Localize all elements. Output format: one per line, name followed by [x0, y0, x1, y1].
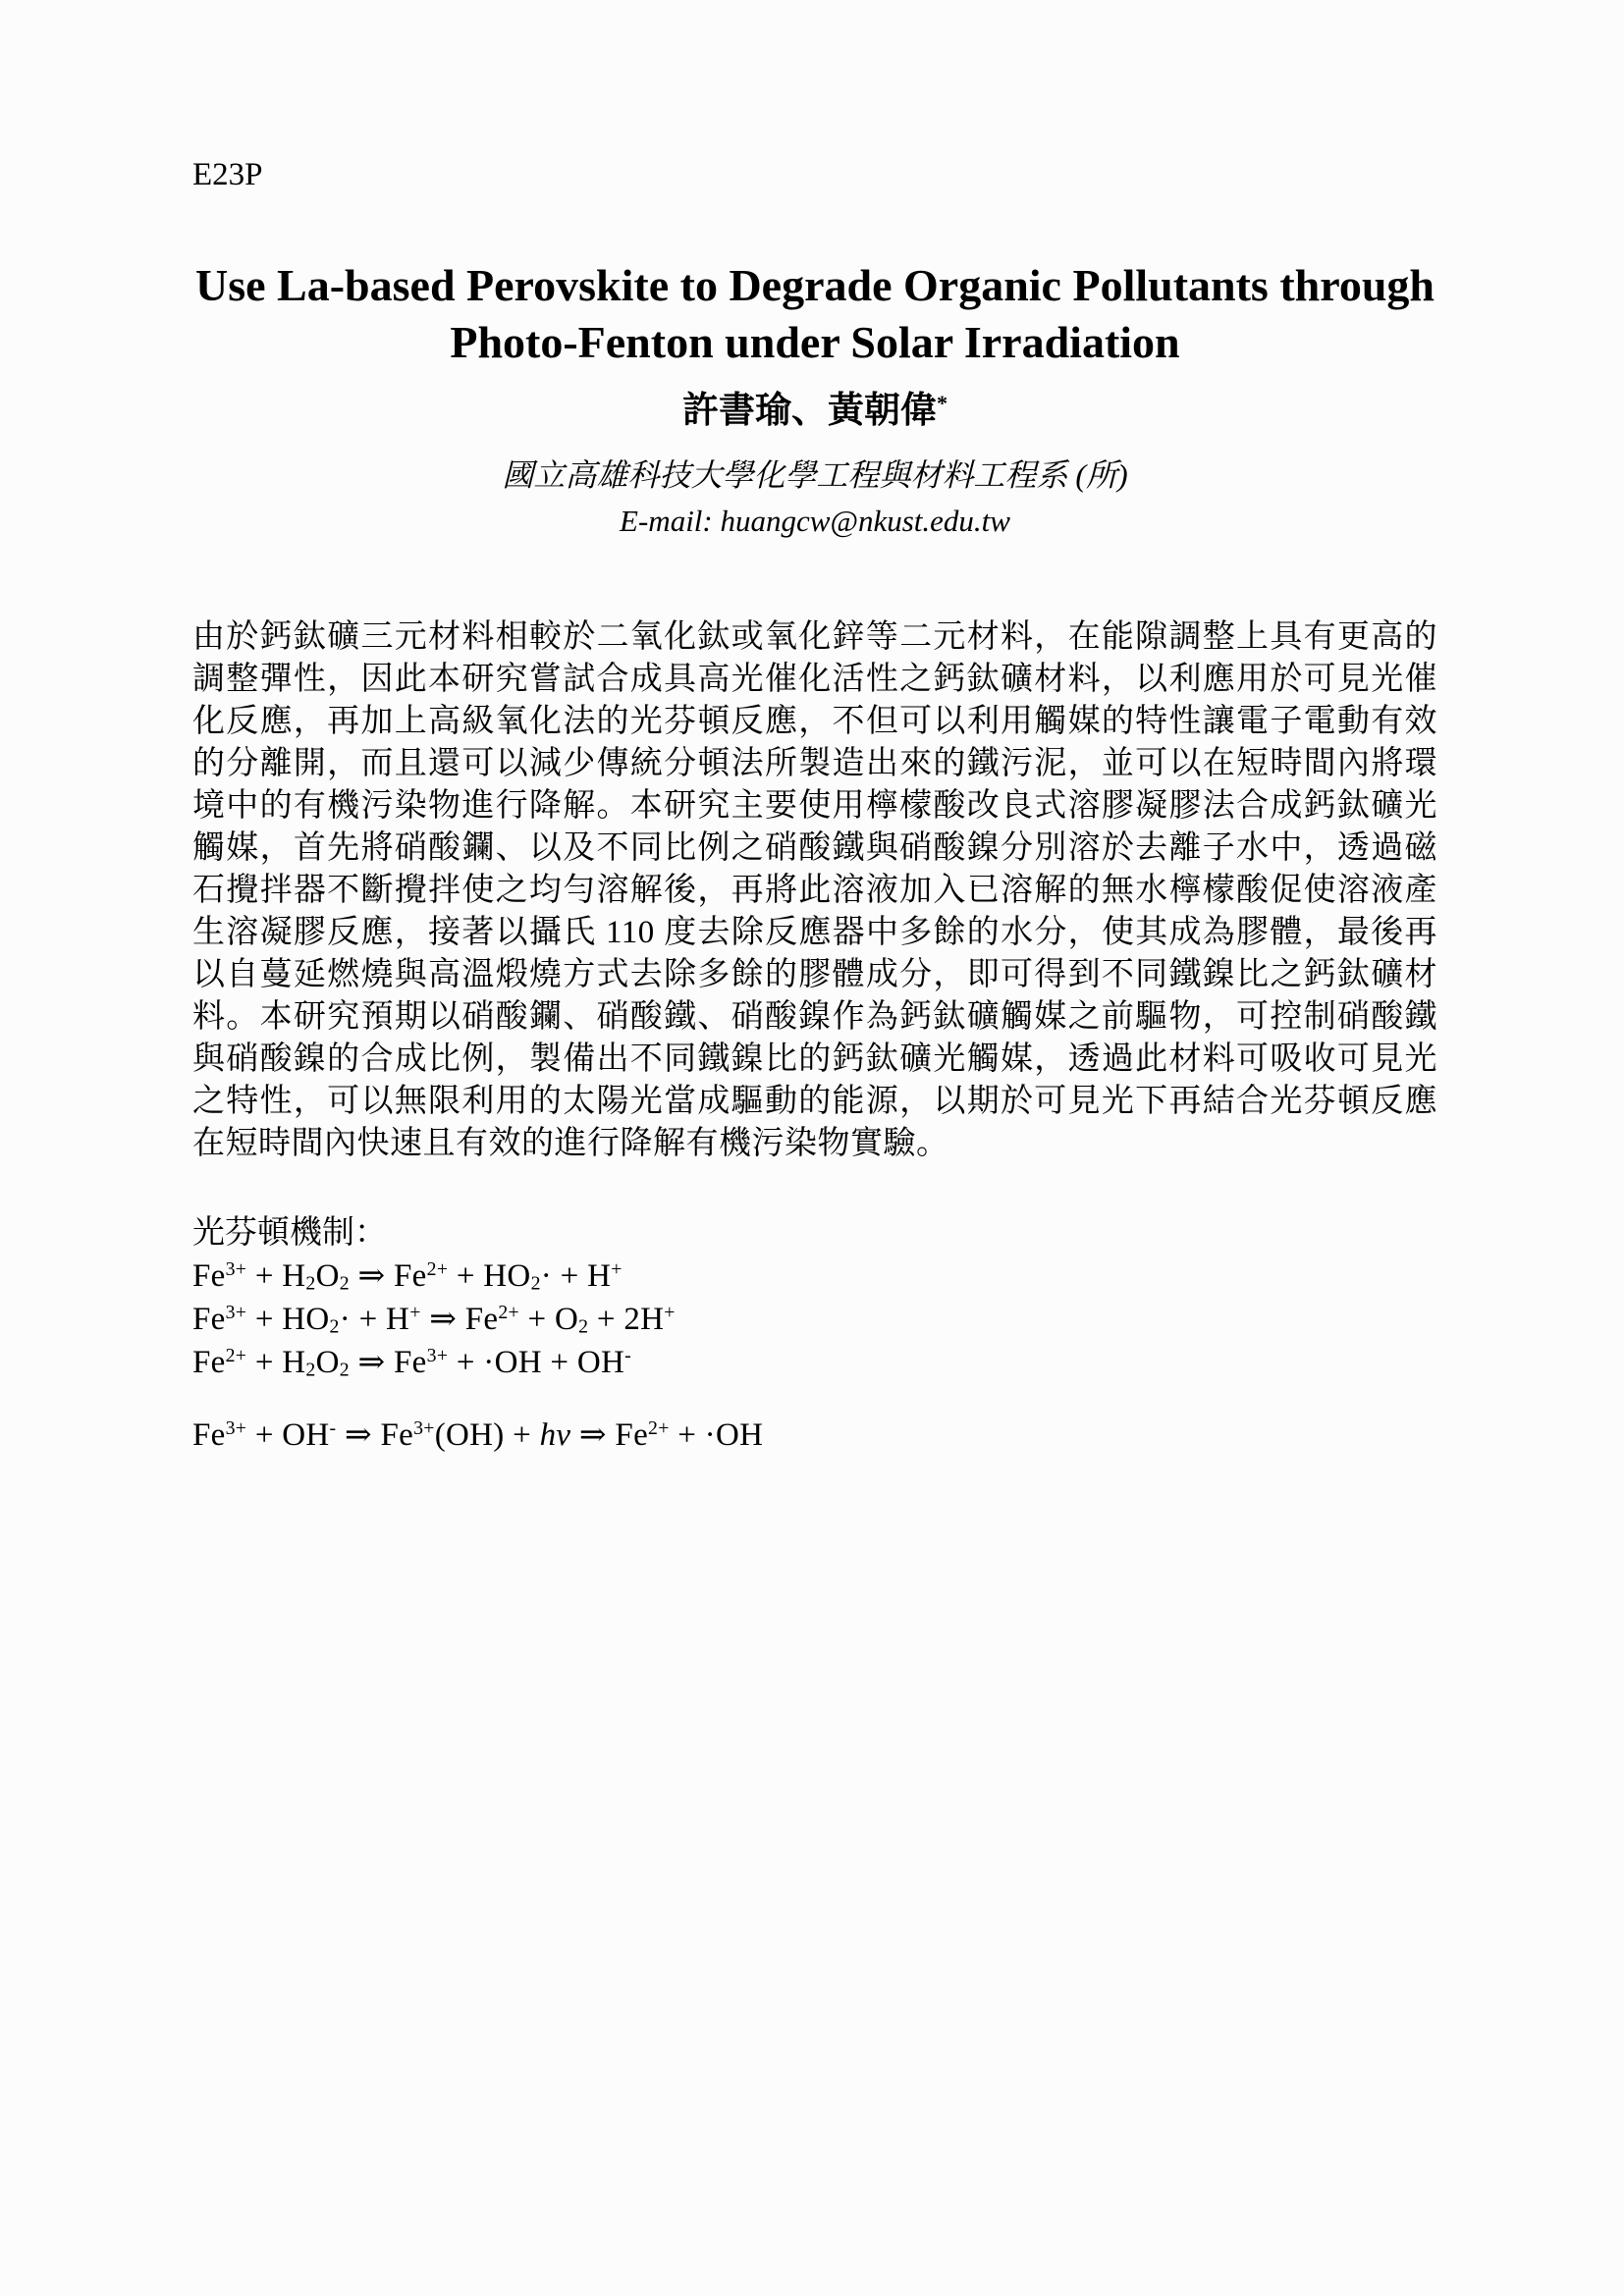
equation-fenton-3: Fe2+ + H2O2 ⇒ Fe3+ + ·OH + OH-	[192, 1341, 1437, 1384]
abstract-paragraph: 由於鈣鈦礦三元材料相較於二氧化鈦或氧化鋅等二元材料，在能隙調整上具有更高的調整彈…	[192, 616, 1437, 1165]
paper-title: Use La-based Perovskite to Degrade Organ…	[192, 257, 1437, 371]
email-line: E-mail: huangcw@nkust.edu.tw	[192, 502, 1437, 541]
authors-line: 許書瑜、黃朝偉*	[192, 381, 1437, 434]
equation-fenton-4: Fe3+ + OH- ⇒ Fe3+(OH) + hν ⇒ Fe2+ + ·OH	[192, 1414, 1437, 1457]
paper-title-line-2: Photo-Fenton under Solar Irradiation	[450, 317, 1179, 367]
corresponding-author-mark: *	[937, 391, 947, 415]
author-names: 許書瑜、黃朝偉	[682, 391, 937, 431]
equation-fenton-2: Fe3+ + HO2· + H+ ⇒ Fe2+ + O2 + 2H+	[192, 1298, 1437, 1341]
document-page: E23P Use La-based Perovskite to Degrade …	[0, 0, 1624, 2296]
affiliation: 國立高雄科技大學化學工程與材料工程系 (所)	[192, 455, 1437, 495]
mechanism-heading: 光芬頓機制：	[192, 1212, 1437, 1255]
paper-title-line-1: Use La-based Perovskite to Degrade Organ…	[195, 260, 1435, 310]
paper-code: E23P	[192, 155, 1437, 194]
equation-fenton-1: Fe3+ + H2O2 ⇒ Fe2+ + HO2· + H+	[192, 1255, 1437, 1298]
